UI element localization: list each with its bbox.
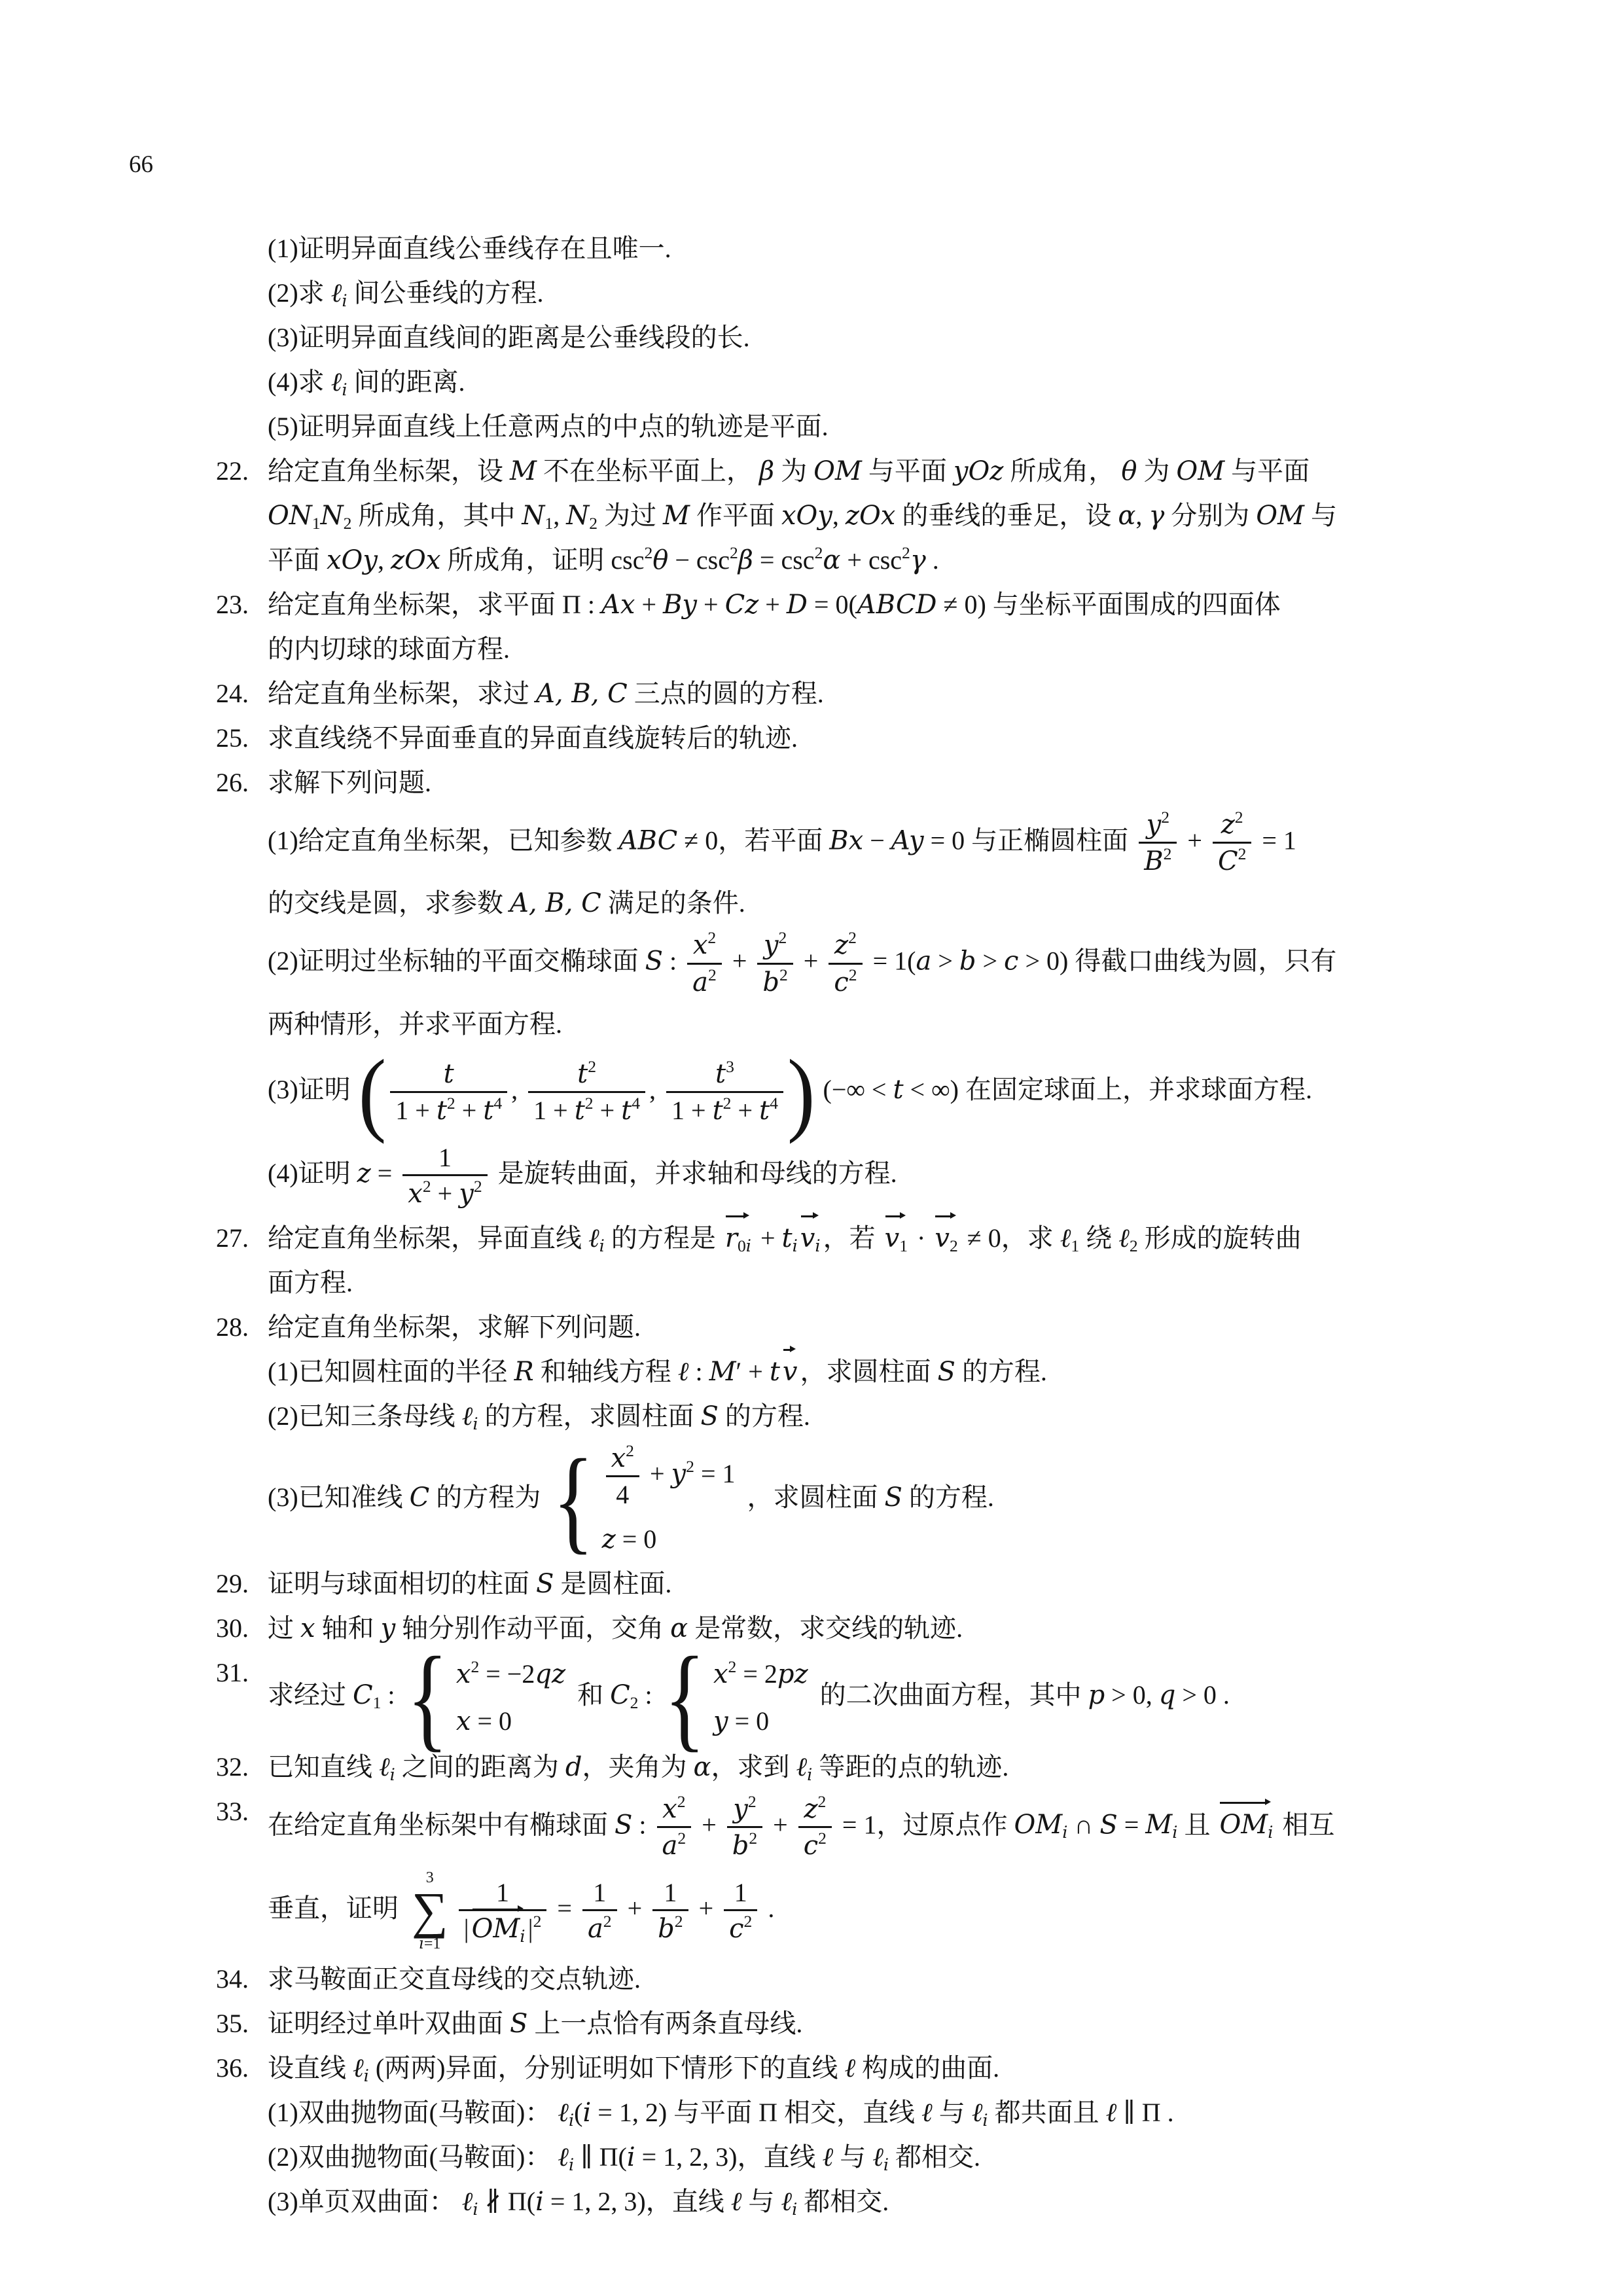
math-content: v1 bbox=[885, 1223, 908, 1253]
math-content: x bbox=[662, 1794, 677, 1823]
text-run: 垂直，证明 bbox=[268, 1893, 405, 1923]
subscript: i bbox=[815, 1236, 820, 1255]
text-run: ∦ Π( bbox=[478, 2187, 536, 2216]
text-run: 的内切球的球面方程. bbox=[268, 634, 510, 664]
math-content: OMi bbox=[1219, 1810, 1273, 1839]
text-run: 给定直角坐标架，设 bbox=[268, 456, 510, 486]
text-run: = 1, 2, 3)，直线 bbox=[544, 2187, 731, 2216]
superscript: 2 bbox=[1235, 808, 1243, 827]
math-content: z2 bbox=[834, 930, 857, 960]
math-run: z bbox=[804, 1794, 817, 1824]
text-run: 1 bbox=[593, 1878, 606, 1907]
text-run: = 1( bbox=[866, 946, 916, 976]
text-run: > 0 . bbox=[1175, 1680, 1230, 1710]
text-run: + bbox=[797, 946, 825, 976]
math-content: |OMi|2 bbox=[464, 1914, 542, 1943]
math-run: z bbox=[1221, 810, 1235, 840]
text-run: , bbox=[832, 501, 846, 530]
text-run: > bbox=[931, 946, 959, 976]
math-run: ℓ bbox=[558, 2098, 569, 2128]
superscript: 4 bbox=[770, 1094, 778, 1113]
subscript-group: vi bbox=[800, 1223, 821, 1253]
text-run: ，求圆柱面 bbox=[800, 1357, 938, 1386]
math-content: ℓ bbox=[1060, 1223, 1071, 1253]
script-content: 4 bbox=[770, 1094, 778, 1113]
math-run: x bbox=[300, 1613, 315, 1643]
math-content: | bbox=[528, 1914, 533, 1943]
text-run: 2 bbox=[779, 929, 787, 948]
text-run: ≠ 0，若平面 bbox=[677, 825, 829, 855]
text-run: 分别为 bbox=[1164, 501, 1256, 530]
text-run: 4 bbox=[493, 1094, 502, 1113]
math-content: ℓ bbox=[781, 2187, 792, 2216]
text-run: 平面 bbox=[268, 545, 327, 575]
text-run: 2 bbox=[677, 1792, 686, 1811]
problem-line: ON1N2 所成角，其中 N1, N2 为过 M 作平面 xOy, zOx 的垂… bbox=[216, 497, 1432, 534]
superscript: 2 bbox=[708, 965, 717, 984]
text-run: 间公垂线的方程. bbox=[348, 278, 544, 308]
text-run: 作平面 bbox=[690, 501, 781, 530]
math-run: γ bbox=[1149, 501, 1164, 531]
text-run: = bbox=[424, 1935, 433, 1952]
text-run: 2 bbox=[603, 1912, 612, 1931]
fraction-numerator: 1 bbox=[459, 1877, 547, 1909]
text-run: 与 bbox=[833, 2142, 872, 2172]
fraction-denominator: 1 + t2 + t4 bbox=[390, 1091, 507, 1126]
text-run: (2)已知三条母线 bbox=[268, 1401, 462, 1431]
fraction-denominator: |OMi|2 bbox=[459, 1909, 547, 1945]
superscript: 2 bbox=[1164, 844, 1172, 863]
superscript-group: x2 bbox=[693, 930, 716, 960]
subscript: 2 bbox=[344, 514, 352, 533]
text-run: 2 bbox=[423, 1177, 431, 1196]
text-run: 1 bbox=[496, 1878, 509, 1907]
script-content: 2 bbox=[902, 543, 910, 562]
problem-26: 26.求解下列问题. bbox=[216, 764, 1432, 801]
math-run: x bbox=[713, 1659, 728, 1689]
text-run: + bbox=[840, 545, 868, 575]
subscript-group: ℓi bbox=[972, 2098, 988, 2127]
subscript-group: ℓi bbox=[872, 2142, 889, 2172]
math-run: y bbox=[733, 1794, 748, 1824]
math-run: R bbox=[514, 1357, 534, 1387]
fraction-denominator: B2 bbox=[1139, 842, 1177, 877]
text-run: 2 bbox=[1164, 844, 1172, 863]
superscript: 4 bbox=[632, 1094, 640, 1113]
text-run: (2)双曲抛物面(马鞍面)： bbox=[268, 2142, 558, 2172]
text-run: 和 bbox=[571, 1680, 610, 1710]
math-run: y bbox=[1147, 810, 1162, 840]
problem-31: 31.求经过 C1 : {x2 = −2qzx = 0 和 C2 : {x2 =… bbox=[216, 1655, 1432, 1741]
math-run: v bbox=[935, 1223, 950, 1253]
fraction-numerator: y2 bbox=[1139, 809, 1177, 842]
math-content: ℓ bbox=[353, 2053, 364, 2083]
subscript-group: C2 bbox=[610, 1680, 638, 1710]
subscript-group: ℓi bbox=[331, 278, 348, 308]
math-content: b bbox=[658, 1914, 675, 1943]
script-content: 0i bbox=[738, 1236, 751, 1255]
superscript-group: y2 bbox=[1147, 810, 1169, 839]
superscript: 2 bbox=[686, 1457, 694, 1476]
math-content: v bbox=[885, 1223, 900, 1253]
text-run: 4 bbox=[770, 1094, 778, 1113]
text-run: + bbox=[621, 1893, 649, 1923]
math-run: Cz bbox=[725, 590, 759, 620]
text-run: 为 bbox=[1137, 456, 1176, 486]
math-content: t bbox=[483, 1096, 493, 1125]
math-run: ℓ bbox=[845, 2053, 856, 2083]
text-run: ∥ Π . bbox=[1116, 2098, 1173, 2127]
big-paren-group: (t1 + t2 + t4, t21 + t2 + t4, t31 + t2 +… bbox=[359, 1050, 815, 1134]
subscript: i bbox=[473, 1414, 478, 1433]
math-run: i bbox=[1268, 1823, 1273, 1842]
text-run: = 0 bbox=[616, 1524, 657, 1554]
script-content: 2 bbox=[748, 1792, 757, 1811]
math-content: OM bbox=[472, 1914, 520, 1943]
subscript-group: ℓ1 bbox=[1060, 1223, 1079, 1253]
fraction-numerator: z2 bbox=[829, 929, 862, 962]
math-fraction: 1b2 bbox=[652, 1877, 688, 1945]
summation: 3∑i=1 bbox=[412, 1869, 448, 1953]
subscript: i bbox=[390, 1765, 395, 1784]
text-run: 0 bbox=[738, 1236, 746, 1255]
math-content: M bbox=[1145, 1810, 1172, 1839]
text-run: (2)证明过坐标轴的平面交椭球面 bbox=[268, 946, 645, 976]
subscript: i bbox=[1268, 1823, 1273, 1842]
text-run: 所成角， bbox=[1003, 456, 1121, 486]
math-run: b bbox=[658, 1914, 675, 1944]
math-content: z2 bbox=[804, 1794, 826, 1823]
text-run: 所成角，其中 bbox=[351, 501, 522, 530]
text-run: 2 bbox=[675, 1912, 683, 1931]
text-run: 等距的点的轨迹. bbox=[812, 1752, 1008, 1782]
math-run: M bbox=[1145, 1810, 1172, 1840]
math-content: c bbox=[729, 1914, 743, 1943]
text-run: ，若 bbox=[823, 1223, 882, 1253]
math-run: t bbox=[437, 1096, 447, 1126]
math-content: t bbox=[575, 1096, 585, 1125]
math-run: i bbox=[582, 2098, 591, 2128]
math-fraction: z2C2 bbox=[1213, 809, 1251, 877]
text-run: (1)已知圆柱面的半径 bbox=[268, 1357, 514, 1386]
math-run: OM bbox=[1014, 1810, 1062, 1840]
text-run: 1 bbox=[433, 1935, 440, 1952]
superscript-group: a2 bbox=[662, 1831, 687, 1860]
math-content: x bbox=[456, 1659, 471, 1689]
math-fraction: z2c2 bbox=[829, 929, 862, 997]
superscript-group: b2 bbox=[658, 1914, 683, 1943]
problem-line: (3)单页双曲面： ℓi ∦ Π(i = 1, 2, 3)，直线 ℓ 与 ℓi … bbox=[216, 2183, 1432, 2220]
fraction-numerator: z2 bbox=[1213, 809, 1251, 842]
subscript: i bbox=[342, 291, 347, 310]
problem-line: (2)已知三条母线 ℓi 的方程，求圆柱面 S 的方程. bbox=[216, 1398, 1432, 1435]
text-run: 2 bbox=[474, 1177, 482, 1196]
superscript-group: c2 bbox=[834, 967, 857, 997]
math-content: ℓ bbox=[1118, 1223, 1130, 1253]
problem-29: 29.证明与球面相切的柱面 S 是圆柱面. bbox=[216, 1566, 1432, 1602]
text-run: = bbox=[550, 1893, 579, 1923]
math-content: v bbox=[800, 1223, 815, 1253]
text-run: = 1, 2, 3)，直线 bbox=[635, 2142, 823, 2172]
text-run: 2 bbox=[779, 965, 788, 984]
subscript-group: ℓi bbox=[331, 367, 348, 397]
text-run: 的方程，求圆柱面 bbox=[478, 1401, 701, 1431]
fraction-denominator: a2 bbox=[687, 963, 722, 998]
math-run: β bbox=[738, 545, 753, 575]
math-run: M bbox=[510, 456, 537, 486]
text-run: + bbox=[695, 1810, 723, 1839]
item-number: 22. bbox=[216, 453, 249, 490]
script-content: 2 bbox=[708, 965, 717, 984]
fraction-denominator: c2 bbox=[798, 1826, 832, 1861]
math-run: b bbox=[732, 1831, 749, 1861]
math-run: ℓ bbox=[353, 2053, 364, 2083]
subscript: 1 bbox=[312, 514, 321, 533]
math-run: i bbox=[982, 2111, 988, 2130]
text-run: > bbox=[976, 946, 1004, 976]
subscript-group: r0i bbox=[725, 1223, 751, 1253]
subscript-group: ℓi bbox=[353, 2053, 369, 2083]
script-content: 2 bbox=[815, 543, 823, 562]
math-content: b bbox=[762, 967, 779, 997]
superscript: 3 bbox=[726, 1057, 734, 1076]
text-run: csc bbox=[868, 545, 902, 575]
math-content: 1 + t2 + t4 bbox=[671, 1096, 778, 1125]
superscript: 2 bbox=[677, 1829, 686, 1848]
vector-arrow-group: v2 bbox=[935, 1220, 957, 1257]
text-run: 1 bbox=[312, 514, 321, 533]
text-run: , bbox=[378, 545, 391, 575]
script-content: 2 bbox=[677, 1829, 686, 1848]
problem-line: (1)证明异面直线公垂线存在且唯一. bbox=[216, 230, 1432, 267]
textbook-page: 66 (1)证明异面直线公垂线存在且唯一.(2)求 ℓi 间公垂线的方程.(3)… bbox=[0, 0, 1623, 2296]
script-content: i bbox=[883, 2155, 889, 2174]
math-content: a2 bbox=[662, 1831, 687, 1860]
text-run: 求马鞍面正交直母线的交点轨迹. bbox=[268, 1964, 641, 1994]
math-content: z bbox=[1221, 810, 1235, 839]
superscript: 2 bbox=[1161, 808, 1169, 827]
script-content: i bbox=[390, 1765, 395, 1784]
math-content: ON bbox=[268, 501, 312, 530]
text-run: + bbox=[754, 1223, 782, 1253]
math-run: N bbox=[566, 501, 589, 531]
superscript: 2 bbox=[474, 1177, 482, 1196]
math-run: M bbox=[663, 501, 690, 531]
text-run: 与平面 bbox=[862, 456, 954, 486]
math-content: r0i bbox=[725, 1223, 751, 1253]
text-run: 的垂线的垂足，设 bbox=[895, 501, 1118, 530]
subscript: i bbox=[473, 2200, 478, 2219]
math-run: By bbox=[663, 590, 697, 620]
text-run: (3)已知准线 bbox=[268, 1482, 410, 1512]
math-run: t bbox=[713, 1096, 723, 1126]
fraction-numerator: 1 bbox=[402, 1142, 487, 1174]
text-run: + bbox=[692, 1893, 721, 1923]
superscript: 2 bbox=[675, 1912, 683, 1931]
script-content: 2 bbox=[677, 1792, 686, 1811]
subscript-group: ℓi bbox=[379, 1752, 395, 1782]
text-run: 2 bbox=[344, 514, 352, 533]
text-run: = 0( bbox=[808, 590, 857, 619]
script-content: 2 bbox=[447, 1094, 455, 1113]
math-content: t bbox=[782, 1223, 793, 1253]
math-run: i bbox=[342, 380, 347, 400]
superscript: 2 bbox=[626, 1441, 634, 1460]
text-run: 的交线是圆，求参数 bbox=[268, 888, 510, 918]
fraction-numerator: 1 bbox=[724, 1877, 757, 1909]
superscript: 2 bbox=[748, 1792, 757, 1811]
math-content: OM bbox=[1219, 1810, 1268, 1839]
math-content: 1 bbox=[664, 1878, 677, 1907]
math-run: OM bbox=[1256, 501, 1304, 531]
math-run: Ay bbox=[891, 825, 924, 855]
math-run: C bbox=[1218, 846, 1238, 876]
math-run: ℓ bbox=[331, 367, 342, 397]
subscript: i bbox=[569, 2155, 574, 2174]
math-content: 1 bbox=[734, 1878, 747, 1907]
fraction-denominator: c2 bbox=[829, 963, 862, 998]
math-run: y bbox=[713, 1706, 728, 1736]
superscript-group: x2 bbox=[611, 1443, 634, 1473]
script-content: 2 bbox=[749, 1829, 757, 1848]
text-run: 为 bbox=[774, 456, 813, 486]
script-content: 2 bbox=[1235, 808, 1243, 827]
text-run: 1 bbox=[438, 1143, 452, 1172]
script-content: i bbox=[473, 2200, 478, 2219]
math-content: y bbox=[733, 1794, 748, 1823]
subscript: i bbox=[793, 1236, 798, 1255]
superscript-group: z2 bbox=[804, 1794, 826, 1823]
text-run: 与 bbox=[933, 2098, 972, 2127]
math-content: a2 bbox=[588, 1914, 612, 1943]
math-run: y bbox=[671, 1459, 687, 1489]
text-run: 的方程. bbox=[902, 1482, 994, 1512]
script-content: 2 bbox=[779, 965, 788, 984]
text-run: − bbox=[863, 825, 891, 855]
text-run: 1 bbox=[664, 1878, 677, 1907]
text-run: 2 bbox=[1161, 808, 1169, 827]
text-run: (−∞ < bbox=[817, 1075, 893, 1104]
text-run: 给定直角坐标架，求过 bbox=[268, 679, 536, 708]
system-row: x2 = −2qz bbox=[456, 1656, 565, 1693]
problem-28: 28.给定直角坐标架，求解下列问题. bbox=[216, 1309, 1432, 1346]
math-run: zOx bbox=[391, 545, 440, 575]
math-content: csc bbox=[868, 545, 902, 575]
text-run: 轴和 bbox=[315, 1613, 381, 1643]
math-run: ℓ bbox=[796, 1752, 807, 1782]
text-run: : bbox=[663, 946, 683, 976]
superscript-group: t2 bbox=[575, 1096, 594, 1125]
math-run: ℓ bbox=[558, 2142, 569, 2172]
math-run: z bbox=[602, 1524, 616, 1554]
script-content: i bbox=[342, 380, 347, 399]
text-run: 1 bbox=[1071, 1236, 1079, 1255]
math-content: x2 bbox=[662, 1794, 685, 1823]
math-run: a bbox=[692, 967, 708, 997]
fraction-denominator: b2 bbox=[757, 963, 793, 998]
problem-22: 22.给定直角坐标架，设 M 不在坐标平面上， β 为 OM 与平面 yOz 所… bbox=[216, 453, 1432, 490]
text-run: , bbox=[1135, 501, 1149, 530]
math-run: ℓ bbox=[1118, 1223, 1130, 1253]
math-content: C bbox=[1218, 846, 1238, 876]
superscript-group: x2 bbox=[662, 1794, 685, 1823]
superscript: 4 bbox=[493, 1094, 502, 1113]
subscript-group: ℓi bbox=[558, 2142, 574, 2172]
script-content: i bbox=[815, 1236, 820, 1255]
text-run: ≠ 0) 与坐标平面围成的四面体 bbox=[937, 590, 1281, 619]
text-run: 都共面且 bbox=[988, 2098, 1106, 2127]
math-run: S bbox=[645, 946, 663, 977]
math-fraction: x2a2 bbox=[687, 929, 722, 997]
superscript-group: y2 bbox=[733, 1794, 756, 1823]
text-run: 形成的旋转曲 bbox=[1138, 1223, 1302, 1253]
text-run: 之间的距离为 bbox=[395, 1752, 565, 1782]
superscript-group: y2 bbox=[671, 1459, 694, 1488]
superscript: 2 bbox=[848, 929, 857, 948]
math-run: v bbox=[800, 1223, 815, 1253]
text-run: (4)求 bbox=[268, 367, 331, 397]
text-run: 3 bbox=[726, 1057, 734, 1076]
text-run: 设直线 bbox=[268, 2053, 353, 2083]
text-run: 2 bbox=[1238, 844, 1247, 863]
superscript: 2 bbox=[749, 1829, 757, 1848]
problem-32: 32.已知直线 ℓi 之间的距离为 d，夹角为 α，求到 ℓi 等距的点的轨迹. bbox=[216, 1749, 1432, 1785]
item-number: 28. bbox=[216, 1309, 249, 1346]
superscript-group: b2 bbox=[732, 1831, 757, 1860]
math-fraction: x2a2 bbox=[657, 1793, 692, 1861]
math-run: yOz bbox=[954, 456, 1003, 486]
math-run: c bbox=[834, 967, 848, 997]
text-run: = 0 bbox=[471, 1706, 512, 1736]
text-run: 2 bbox=[447, 1094, 455, 1113]
superscript: 2 bbox=[447, 1094, 455, 1113]
fraction-denominator: 1 + t2 + t4 bbox=[666, 1091, 783, 1126]
math-fraction: t31 + t2 + t4 bbox=[666, 1058, 783, 1126]
math-run: y bbox=[381, 1613, 396, 1643]
item-number: 26. bbox=[216, 764, 249, 801]
superscript-group: csc2 bbox=[868, 545, 910, 575]
text-run: 2 bbox=[728, 1657, 737, 1676]
fraction-numerator: x2 bbox=[657, 1793, 692, 1826]
text-run: (1)给定直角坐标架，已知参数 bbox=[268, 825, 619, 855]
subscript-group: N2 bbox=[321, 501, 352, 530]
math-run: a bbox=[588, 1914, 603, 1944]
math-run: i bbox=[364, 2066, 369, 2086]
math-content: ℓ bbox=[379, 1752, 390, 1782]
math-run: i bbox=[520, 1927, 525, 1946]
text-run: (3)单页双曲面： bbox=[268, 2187, 462, 2216]
math-run: ℓ bbox=[823, 2142, 834, 2172]
superscript-group: c2 bbox=[804, 1831, 827, 1860]
superscript-group: B2 bbox=[1144, 846, 1171, 876]
text-run: 相互 bbox=[1275, 1810, 1334, 1839]
text-run: 证明与球面相切的柱面 bbox=[268, 1569, 536, 1598]
text-run: 求经过 bbox=[268, 1680, 353, 1710]
math-content: ℓ bbox=[331, 367, 342, 397]
math-content: t bbox=[577, 1059, 588, 1088]
left-brace-icon: { bbox=[552, 1442, 594, 1558]
math-run: ℓ bbox=[972, 2098, 983, 2128]
text-run: 2 bbox=[848, 929, 857, 948]
script-content: 2 bbox=[1238, 844, 1247, 863]
math-content: 1 + t2 + t4 bbox=[395, 1096, 502, 1125]
system-row: x = 0 bbox=[456, 1703, 512, 1740]
fraction-denominator: a2 bbox=[657, 1826, 692, 1861]
subscript-group: N2 bbox=[566, 501, 597, 530]
equation-system: {x2 = 2pzy = 0 bbox=[664, 1655, 808, 1741]
math-content: ℓ bbox=[462, 2187, 473, 2216]
math-content: 4 bbox=[616, 1480, 629, 1509]
